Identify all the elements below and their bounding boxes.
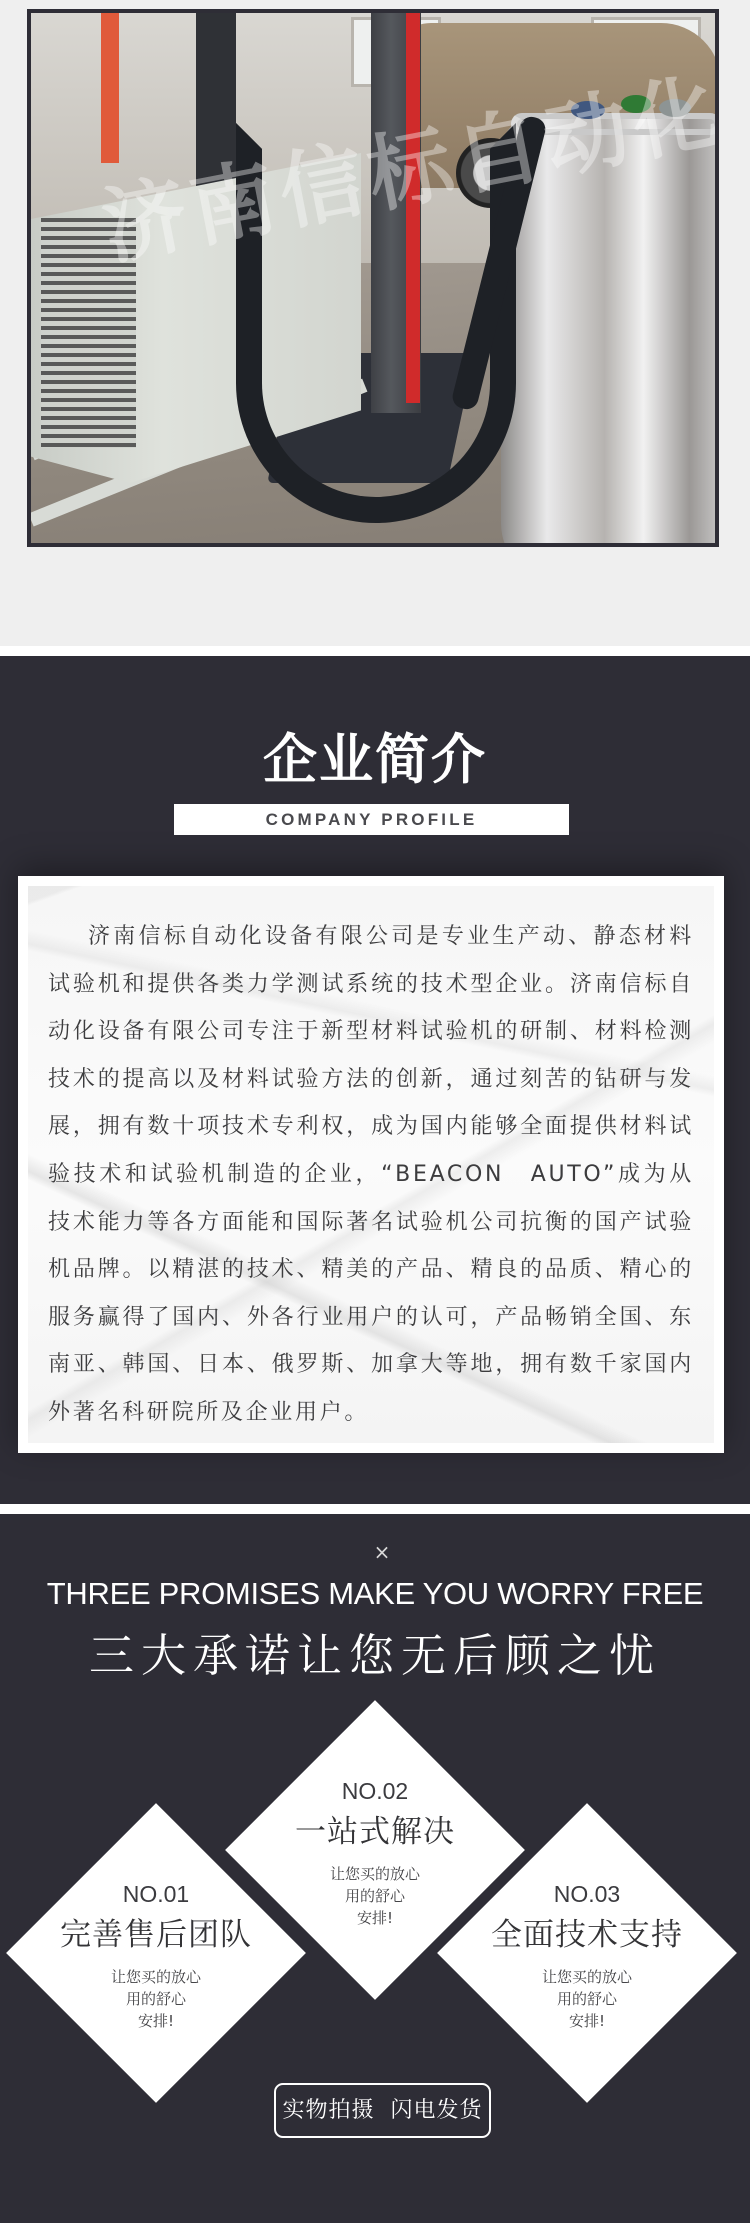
promise-number: NO.03 (437, 1881, 737, 1907)
promises-title-en: THREE PROMISES MAKE YOU WORRY FREE (0, 1576, 750, 1612)
promise-title: 全面技术支持 (437, 1915, 737, 1955)
section-title: 企业简介 (0, 728, 750, 792)
promise-line: 安排! (6, 2010, 306, 2032)
promise-line: 用的舒心 (437, 1988, 737, 2010)
profile-card: 济南信标自动化设备有限公司是专业生产动、静态材料试验机和提供各类力学测试系统的技… (18, 876, 724, 1453)
promise-content: NO.03 全面技术支持 让您买的放心 用的舒心 安排! (437, 1803, 737, 2103)
section-subtitle: COMPANY PROFILE (266, 804, 478, 835)
company-profile-section: 企业简介 COMPANY PROFILE 济南信标自动化设备有限公司是专业生产动… (0, 656, 750, 1504)
close-icon: × (372, 1542, 392, 1562)
promise-card-3: NO.03 全面技术支持 让您买的放心 用的舒心 安排! (437, 1803, 737, 2103)
promise-line: 让您买的放心 (437, 1966, 737, 1988)
real-photo-fast-shipping-button[interactable]: 实物拍摄 闪电发货 (274, 2083, 491, 2138)
promises-title-cn: 三大承诺让您无后顾之忧 (0, 1626, 750, 1686)
profile-description: 济南信标自动化设备有限公司是专业生产动、静态材料试验机和提供各类力学测试系统的技… (48, 913, 694, 1437)
promise-description: 让您买的放心 用的舒心 安排! (437, 1966, 737, 2032)
product-photo-section: 济南信标自动化设备 (0, 0, 750, 646)
promise-line: 安排! (437, 2010, 737, 2032)
photo-machine-frame (101, 13, 119, 163)
promise-number: NO.02 (225, 1778, 525, 1804)
product-photo: 济南信标自动化设备 (27, 9, 719, 547)
marble-background: 济南信标自动化设备有限公司是专业生产动、静态材料试验机和提供各类力学测试系统的技… (28, 886, 714, 1443)
section-subtitle-banner: COMPANY PROFILE (174, 804, 569, 835)
promises-section: × THREE PROMISES MAKE YOU WORRY FREE 三大承… (0, 1514, 750, 2223)
